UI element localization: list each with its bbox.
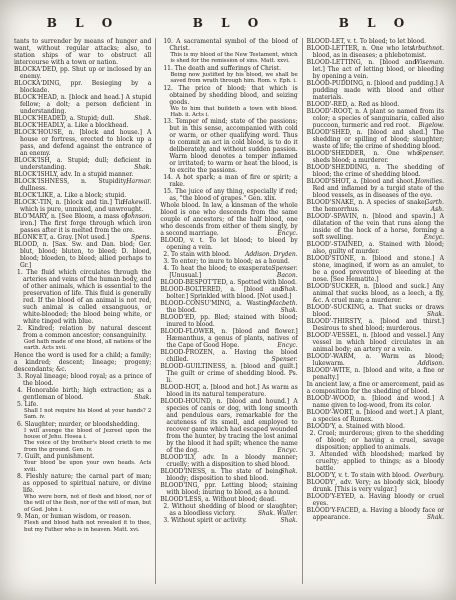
citation: Ash. <box>433 206 444 213</box>
dictionary-entry: BLOOD'-WOOD, n. [blood and wood.] A name… <box>307 395 444 409</box>
dictionary-entry: BLOOD-BOLTERED, a. [blood and bolter.] S… <box>160 286 297 300</box>
dictionary-entry: BLOOD'INESS, n. The state of being blood… <box>160 468 297 482</box>
citation: Shak. <box>136 115 151 122</box>
sense-paragraph: 5. Life. <box>14 401 151 408</box>
dictionary-entry: BLOOD'-SPAVIN, n. [blood and spavin.] A … <box>307 213 444 241</box>
sense-paragraph: 2. Without shedding of blood or slaughte… <box>160 503 297 517</box>
dictionary-entry: BLOCK'ISHLY, adv. In a stupid manner.Har… <box>14 171 151 178</box>
citation: Addison. Dryden. <box>247 251 298 258</box>
citation: Encyc. <box>426 234 444 241</box>
dictionary-entry: BLOOD-PUDDING, n. [blood and pudding.] A… <box>307 80 444 101</box>
sense-paragraph: 3. Without spirit or activity.Shak. <box>160 517 297 524</box>
text-paragraph: In ancient law, a fine or amercement, pa… <box>307 381 444 395</box>
citation: Johnson. <box>127 213 151 220</box>
citation: Shak. <box>429 311 444 318</box>
sense-paragraph: 13. Temper of mind; state of the passion… <box>160 118 297 174</box>
text-paragraph: Hence the word is used for a child; a fa… <box>14 352 151 373</box>
dictionary-entry: BLOOD'-SUCKING, a. That sucks or draws b… <box>307 304 444 318</box>
sense-paragraph: 3. To enter; to inure to blood; as a hou… <box>160 258 297 265</box>
dictionary-page: B L O B L O B L O tants to surrender by … <box>0 0 456 600</box>
citation: Shak. <box>283 468 298 475</box>
citation: Shak. <box>136 394 151 401</box>
scripture-quote: This is my blood of the New Testament, w… <box>160 52 297 65</box>
dictionary-entry: BLOCK'LIKE, a. Like a block; stupid.Hake… <box>14 192 151 199</box>
citation: Arbuthnot. <box>413 45 444 52</box>
sense-paragraph: 12. The price of blood; that which is ob… <box>160 85 297 106</box>
scripture-quote: Your blood be upon your own heads. Acts … <box>14 460 151 473</box>
dictionary-entry: BLOCK'HEADED, a. Stupid; dull.Shak. <box>14 115 151 122</box>
scripture-quote: Being now justified by his blood, we sha… <box>160 72 297 85</box>
scripture-quote: Flesh and blood hath not revealed it to … <box>14 520 151 533</box>
citation: Shak. <box>283 517 298 524</box>
dictionary-entry: BLOOD, n. [Sax. Sw. and Dan. blod; Ger. … <box>14 241 151 269</box>
dictionary-entry: BLOCK'HEADLY, a. Like a blockhead. <box>14 122 151 129</box>
dictionary-entry: BLOOD'Y, v. t. To stain with blood.Overb… <box>307 472 444 479</box>
sense-paragraph: 10. A sacramental symbol of the blood of… <box>160 38 297 52</box>
scripture-quote: The voice of thy brother's blood crieth … <box>14 440 151 453</box>
sense-paragraph: 2. Cruel; murderous; given to the sheddi… <box>307 430 444 451</box>
dictionary-entry: BLOOD'-ROOT, n. A plant so named from it… <box>307 108 444 129</box>
citation: Shak. <box>429 514 444 521</box>
citation: Shak. Waller. <box>260 510 298 517</box>
citation: Encyc. <box>273 230 297 237</box>
scripture-quote: Wo to him that buildeth a town with bloo… <box>160 106 297 119</box>
sense-paragraph: 7. Guilt, and punishment. <box>14 453 151 460</box>
dictionary-entry: BLOOD'-THIRSTY, a. [blood and thirst.] D… <box>307 318 444 332</box>
citation: Harmar. <box>128 178 151 185</box>
sense-paragraph: 6. Slaughter; murder, or bloodshedding. <box>14 421 151 428</box>
running-head-row: B L O B L O B L O <box>10 16 448 34</box>
sense-paragraph: 14. A hot spark; a man of fire or spirit… <box>160 174 297 188</box>
dictionary-entry: BLOOD'STONE, n. [blood and stone.] A sto… <box>307 255 444 283</box>
citation: Shak. <box>283 286 298 293</box>
citation: Spenser. <box>274 356 298 363</box>
dictionary-entry: BLONK'ET, a. Gray. [Not used.]Spens. <box>14 234 151 241</box>
citation: Overbury. <box>416 472 444 479</box>
sense-paragraph: 2. Kindred; relation by natural descent … <box>14 325 151 339</box>
sense-paragraph: 11. The death and sufferings of Christ. <box>160 65 297 72</box>
dictionary-entry: BLOOD'Y-FACED, a. Having a bloody face o… <box>307 507 444 521</box>
sense-paragraph: 4. Honorable birth; high extraction; as … <box>14 387 151 401</box>
dictionary-entry: BLOOD-LET, v. t. To bleed; to let blood.… <box>307 38 444 45</box>
dictionary-entry: BLOOD'-VESSEL, n. [blood and vessel.] An… <box>307 332 444 353</box>
citation: Bacon. <box>279 272 298 279</box>
dictionary-entry: BLOODY', adv. Very; as bloody sick, bloo… <box>307 479 444 493</box>
dictionary-entry: BLOOD'SHEDDING, n. The shedding of blood… <box>307 164 444 178</box>
citation: Encyc. <box>279 342 297 349</box>
running-head-right: B L O <box>302 16 448 34</box>
dictionary-entry: BLOOD'Y-EYED, a. Having bloody or cruel … <box>307 493 444 507</box>
scripture-quote: God hath made of one blood, all nations … <box>14 339 151 352</box>
citation: Homilies. <box>417 178 444 185</box>
dictionary-entry: BLOCKA'DING, ppr. Besieging by a blockad… <box>14 80 151 94</box>
sense-paragraph: 3. Royal lineage; blood royal; as a prin… <box>14 373 151 387</box>
column-container: tants to surrender by means of hunger an… <box>10 38 448 584</box>
dictionary-entry: BLOCK'HOUSE, n. [block and house.] A hou… <box>14 129 151 157</box>
sense-paragraph: 9. Man, or human wisdom, or reason. <box>14 513 151 520</box>
citation: Spenser. <box>420 150 444 157</box>
citation: Encyc. <box>279 447 297 454</box>
sense-paragraph: 1. The fluid which circulates through th… <box>14 269 151 325</box>
sense-paragraph: 2. To stain with blood.Addison. Dryden. <box>160 251 297 258</box>
citation: Spenser. <box>274 265 298 272</box>
dictionary-entry: BLOCKA'DED, pp. Shut up or inclosed by a… <box>14 66 151 80</box>
citation: Addison. <box>420 360 444 367</box>
citation: Shak. <box>136 164 151 171</box>
column-2: 10. A sacramental symbol of the blood of… <box>155 38 301 584</box>
dictionary-entry: BLOOD'LESS, a. Without blood; dead. <box>160 496 297 503</box>
citation: Spens. <box>133 234 151 241</box>
dictionary-entry: BLOOD'-RED, a. Red as blood. <box>307 101 444 108</box>
dictionary-entry: BLOOD'SHED, n. [blood and shed.] The she… <box>307 129 444 150</box>
dictionary-entry: BLOOD'-WARM, a. Warm as blood; lukewarm.… <box>307 353 444 367</box>
citation: Wiseman. <box>416 59 444 66</box>
sense-paragraph: 3. Attended with bloodshed; marked by cr… <box>307 451 444 472</box>
dictionary-entry: BLOOD-BESPOT'TED, a. Spotted with blood.… <box>160 279 297 286</box>
citation: Hakewill. <box>125 199 152 206</box>
running-head-left: B L O <box>10 16 156 34</box>
citation: Shak. <box>283 307 298 314</box>
dictionary-entry: BLOOD-FROZEN, a. Having the blood chille… <box>160 349 297 363</box>
dictionary-entry: BLOOD'ING, ppr. Letting blood; staining … <box>160 482 297 496</box>
dictionary-entry: BLOOD-FLOWER, n. [blood and flower.] Hæm… <box>160 328 297 349</box>
citation: Bigelow. <box>420 122 444 129</box>
scripture-quote: Who were born, not of flesh and blood, n… <box>14 494 151 513</box>
sense-paragraph: 8. Fleshly nature; the carnal part of ma… <box>14 473 151 494</box>
text-paragraph: Whole blood. In law, a kinsman of the wh… <box>160 202 297 237</box>
citation: Macbeth. <box>271 300 298 307</box>
dictionary-entry: BLOOD'-WORT, n. [blood and wort.] A plan… <box>307 409 444 423</box>
dictionary-entry: BLOOD-GUILTINESS, n. [blood and guilt.] … <box>160 363 297 384</box>
dictionary-entry: BLOOD'-STAINED, a. Stained with blood; a… <box>307 241 444 255</box>
text-paragraph: tants to surrender by means of hunger an… <box>14 38 151 66</box>
dictionary-entry: BLOOD'SUCKER, n. [blood and suck.] Any a… <box>307 283 444 304</box>
dictionary-entry: BLOOD-HOT, a. [blood and hot.] As warm a… <box>160 384 297 398</box>
citation: Garth. <box>427 199 444 206</box>
dictionary-entry: BLOOD, v. t. To let blood; to bleed by o… <box>160 237 297 251</box>
dictionary-entry: BLOOD-HOUND, n. [blood and hound.] A spe… <box>160 398 297 454</box>
column-3: BLOOD-LET, v. t. To bleed; to let blood.… <box>302 38 448 584</box>
dictionary-entry: BLOOD'-WITE, n. [blood and wite, a fine … <box>307 367 444 381</box>
dictionary-entry: BLOOD'SNAKE, n. A species of snake, the … <box>307 199 444 213</box>
dictionary-entry: BLOCK'ISH, a. Stupid; dull; deficient in… <box>14 157 151 171</box>
dictionary-entry: BLOOD'Y, a. Stained with blood. <box>307 423 444 430</box>
dictionary-entry: BLOOD'ED, pp. Bled; stained with blood; … <box>160 314 297 328</box>
dictionary-entry: BLOCK'HEAD, n. [block and head.] A stupi… <box>14 94 151 115</box>
dictionary-entry: BLOOD'ILY, adv. In a bloody manner; crue… <box>160 454 297 468</box>
column-1: tants to surrender by means of hunger an… <box>10 38 155 584</box>
sense-paragraph: 15. The juice of any thing, especially i… <box>160 188 297 202</box>
scripture-quote: Shall I not require his blood at your ha… <box>14 408 151 421</box>
scripture-quote: I will avenge the blood of Jezreel upon … <box>14 428 151 441</box>
running-head-center: B L O <box>156 16 302 34</box>
